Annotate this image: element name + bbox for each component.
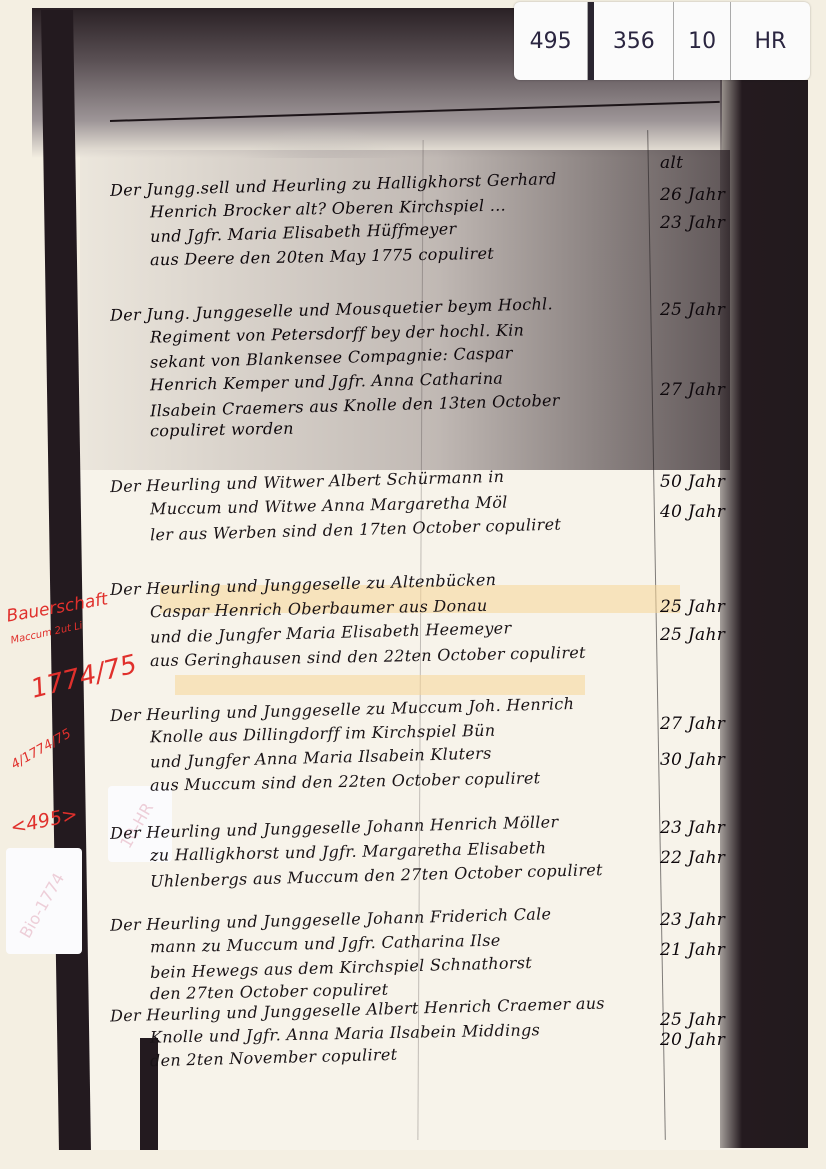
entry-age: 21 Jahr — [660, 940, 725, 960]
binding-shadow-right — [720, 80, 808, 1148]
entry-age: 22 Jahr — [660, 848, 725, 868]
entry-age: 50 Jahr — [660, 472, 725, 492]
entry-age: 20 Jahr — [660, 1030, 725, 1050]
entry-age: 25 Jahr — [660, 597, 725, 617]
label-cell-film: 495 — [514, 2, 588, 80]
entry-age: 25 Jahr — [660, 625, 725, 645]
archive-label-strip: 495 356 10 HR — [514, 2, 810, 80]
entry-age: 23 Jahr — [660, 818, 725, 838]
entry-line: copuliret worden — [150, 419, 294, 441]
entry-age: 40 Jahr — [660, 502, 725, 522]
entry-age: 23 Jahr — [660, 213, 725, 233]
label-cell-page: 10 — [674, 2, 730, 80]
entry-age: 23 Jahr — [660, 910, 725, 930]
entry-age: alt — [660, 153, 683, 173]
entry-age: 25 Jahr — [660, 300, 725, 320]
entry-age: 27 Jahr — [660, 380, 725, 400]
entry-age: 30 Jahr — [660, 750, 725, 770]
label-cell-frame: 356 — [588, 2, 674, 80]
entry-age: 27 Jahr — [660, 714, 725, 734]
highlight-band-2 — [175, 675, 585, 695]
label-cell-code: HR — [731, 2, 810, 80]
archive-sticker: Bio-1774 — [6, 848, 82, 954]
entry-age: 26 Jahr — [660, 185, 725, 205]
sticker-text: Bio-1774 — [16, 870, 68, 942]
entry-age: 25 Jahr — [660, 1010, 725, 1030]
